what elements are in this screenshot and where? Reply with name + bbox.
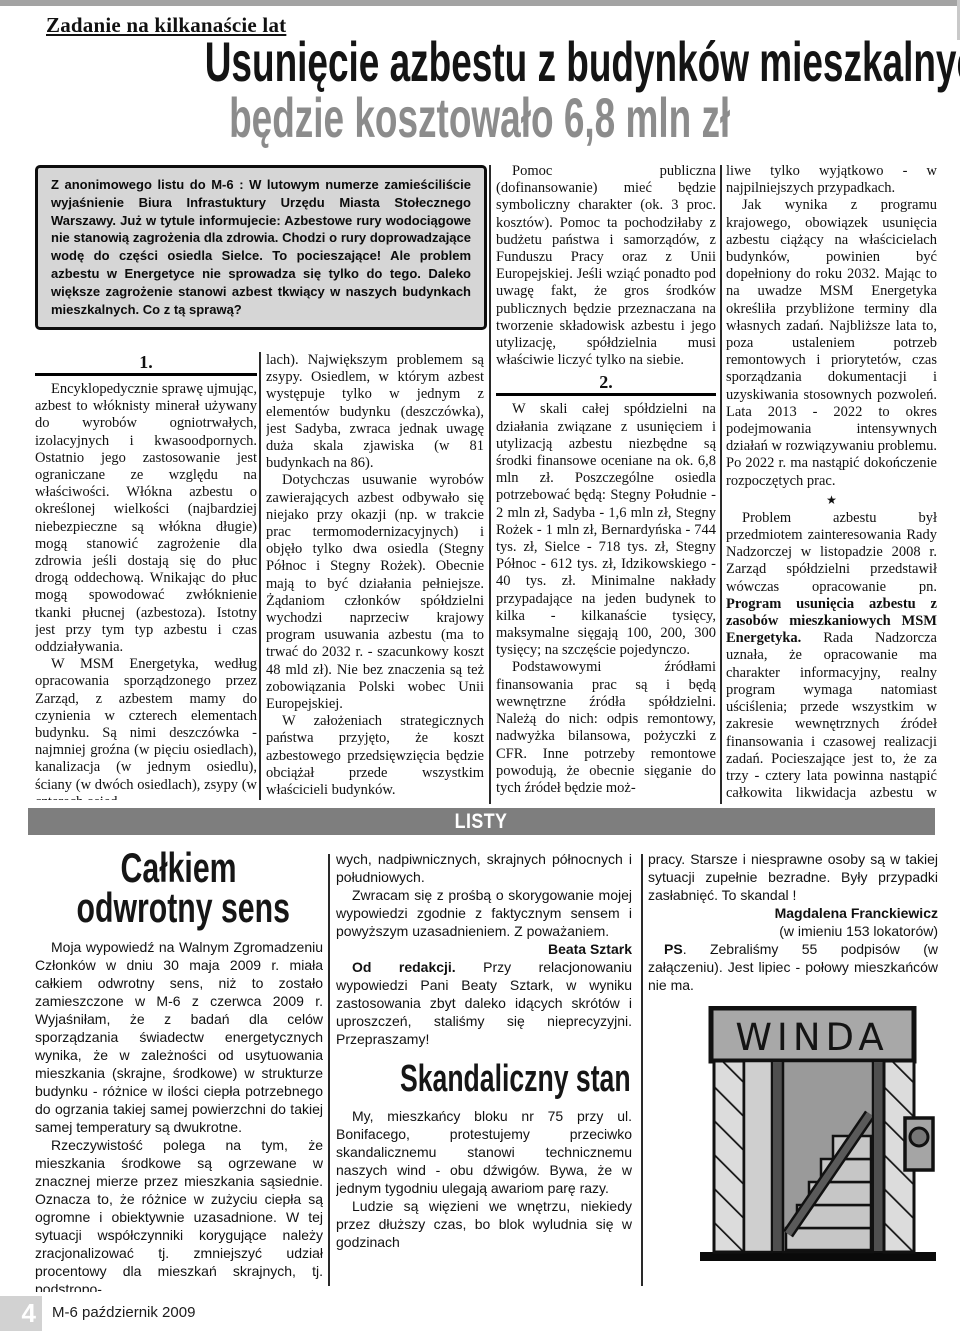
column-divider [720,165,722,804]
column-divider [259,352,261,800]
editor-note-label: Od redakcji. [352,959,456,975]
winda-sign-label: WINDA [735,1016,888,1059]
article-paragraph: Pomoc publiczna (dofinansowanie) mieć bę… [496,163,716,369]
letter-paragraph: wych, nadpiwnicznych, skrajnych północny… [336,850,632,886]
column-divider [489,165,491,804]
letter1-title: Całkiem odwrotny sens [35,848,323,928]
elevator-door-left [772,1061,783,1252]
letter1-title-line2: odwrotny sens [76,888,289,928]
article-paragraph: Encyklopedycznie sprawę ujmując, azbest … [35,381,257,656]
letter-paragraph: Moja wypowiedź na Walnym Zgromadzeniu Cz… [35,938,323,1136]
letter2-signature: Magdalena Franckiewicz [648,904,938,922]
article-paragraph: liwe tylko wyjątkowo - w najpilniejszych… [726,163,937,197]
letter-paragraph: Rzeczywistość polega na tym, że mieszkan… [35,1136,323,1292]
letter1-title-line1: Całkiem [121,848,237,888]
article-paragraph: Jak wynika z programu krajowego, obowiąz… [726,197,937,489]
letter2-title-text: Skandaliczny stan wind [400,1060,632,1098]
editor-note: Od redakcji. Przy relacjonowaniu wypowie… [336,958,632,1048]
author-initials: Z.R. [894,802,937,804]
paragraph-text: Rada Nadzorcza uznała, że opracowanie ma… [726,630,937,804]
lead-box: Z anonimowego listu do M-6 : W lutowym n… [35,165,487,330]
article-paragraph: lach). Największym problemem są zsypy. O… [266,352,484,472]
main-headline: Usunięcie azbestu z budynków mieszkalnyc… [0,34,960,146]
article-paragraph: Problem azbestu był przedmiotem zaintere… [726,510,937,804]
newspaper-page: Zadanie na kilkanaście lat Usunięcie azb… [0,0,960,1331]
letter2-column-2: pracy. Starsze i niesprawne osoby są w t… [648,850,938,1290]
elevator-door-pocket [744,1061,772,1252]
section-2-heading: 2. [496,372,716,396]
headline-line1: Usunięcie azbestu z budynków mieszkalnyc… [205,34,960,90]
headline-line2: będzie kosztowało 6,8 mln zł [229,90,730,146]
paragraph-text: Problem azbestu był przedmiotem zaintere… [726,510,937,595]
winda-illustration: WINDA [700,1006,936,1268]
ps-paragraph: PS. Zebraliśmy 55 podpisów (w załączeniu… [648,940,938,994]
letter-paragraph: My, mieszkańcy bloku nr 75 przy ul. Boni… [336,1107,632,1197]
letter1-signature: Beata Sztark [336,940,632,958]
article-paragraph: W MSM Energetyka, według opracowania spo… [35,656,257,800]
article-column-4: liwe tylko wyjątkowo - w najpilniejszych… [726,163,937,804]
article-paragraph: Dotychczas usuwanie wyrobów zawierającyc… [266,472,484,713]
elevator-left-pillar [714,1061,744,1252]
section-listy-label: LISTY [455,808,508,835]
call-button [910,1128,928,1146]
article-column-3: Pomoc publiczna (dofinansowanie) mieć bę… [496,163,716,804]
letter2-title: Skandaliczny stan wind [336,1060,632,1098]
elevator-door-right [873,1061,884,1252]
article-paragraph: W założeniach strategicznych państwa prz… [266,713,484,799]
article-paragraph: W skali całej spółdzielni na działania z… [496,401,716,659]
article-paragraph: Podstawowymi źródłami finansowania prac … [496,659,716,797]
letter-paragraph: pracy. Starsze i niesprawne osoby są w t… [648,850,938,904]
winda-illustration-wrap: WINDA [700,1006,938,1272]
letter1-column-2: wych, nadpiwnicznych, skrajnych północny… [336,850,632,1290]
ps-label: PS [664,941,683,957]
lead-text: Z anonimowego listu do M-6 : W lutowym n… [51,176,471,318]
column-divider [641,854,643,1286]
letter2-signature-note: (w imieniu 153 lokatorów) [648,922,938,940]
ps-text: . Zebraliśmy 55 podpisów (w załączeniu).… [648,941,938,993]
issue-label: M-6 październik 2009 [52,1303,195,1323]
star-separator: ★ [726,492,937,508]
article-column-1: 1. Encyklopedycznie sprawę ujmując, azbe… [35,352,257,800]
section-1-heading: 1. [35,352,257,376]
page-number: 4 [0,1296,42,1331]
letter1-column-1: Całkiem odwrotny sens Moja wypowiedź na … [35,846,323,1292]
column-divider [328,854,330,1286]
section-listy-bar: LISTY [28,808,935,835]
letter-paragraph: Ludzie są więzieni we wnętrzu, niekiedy … [336,1197,632,1251]
letter-paragraph: Zwracam się z prośbą o skorygowanie moje… [336,886,632,940]
article-column-2: lach). Największym problemem są zsypy. O… [266,352,484,800]
scan-artifact-top [0,0,960,6]
